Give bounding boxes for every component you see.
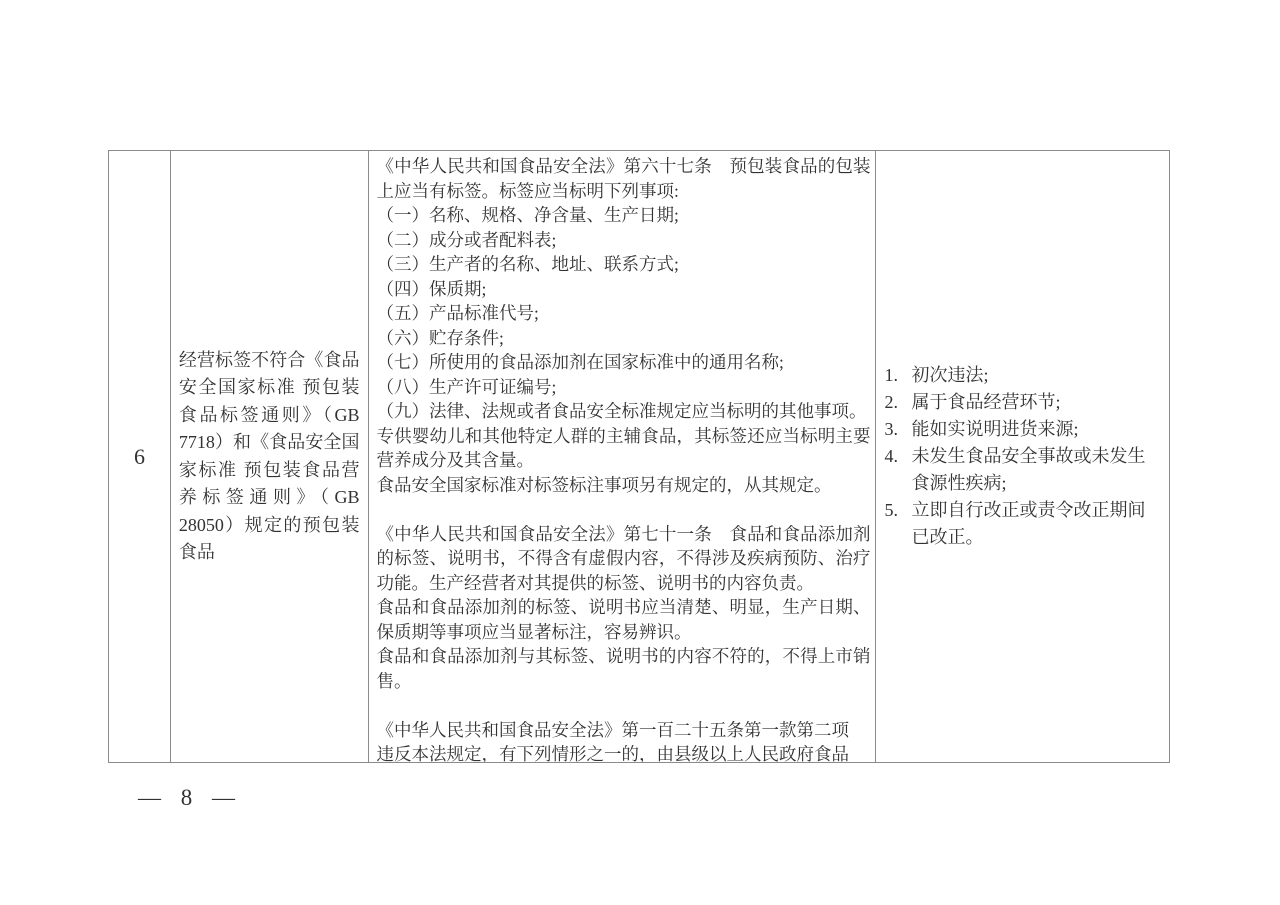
condition-text: 初次违法; xyxy=(912,362,1161,389)
legal-line: 食品和食品添加剂的标签、说明书应当清楚、明显，生产日期、保质期等事项应当显著标注… xyxy=(377,595,871,644)
legal-line: （二）成分或者配料表; xyxy=(377,228,871,253)
table-cell-legal-basis: 《中华人民共和国食品安全法》第六十七条 预包装食品的包装上应当有标签。标签应当标… xyxy=(369,151,876,762)
condition-item: 2.属于食品经营环节; xyxy=(885,389,1161,416)
violation-text: 经营标签不符合《食品安全国家标准 预包装食品标签通则》（GB 7718）和《食品… xyxy=(179,347,360,567)
condition-item: 3.能如实说明进货来源; xyxy=(885,416,1161,443)
legal-line: 食品安全国家标准对标签标注事项另有规定的，从其规定。 xyxy=(377,473,871,498)
legal-line: 《中华人民共和国食品安全法》第一百二十五条第一款第二项 xyxy=(377,718,871,743)
legal-line: （七）所使用的食品添加剂在国家标准中的通用名称; xyxy=(377,350,871,375)
condition-text: 能如实说明进货来源; xyxy=(912,416,1161,443)
legal-line: （三）生产者的名称、地址、联系方式; xyxy=(377,252,871,277)
legal-line: 违反本法规定，有下列情形之一的，由县级以上人民政府食品 xyxy=(377,742,871,762)
legal-line: （九）法律、法规或者食品安全标准规定应当标明的其他事项。 xyxy=(377,399,871,424)
condition-text: 立即自行改正或责令改正期间已改正。 xyxy=(912,497,1161,551)
condition-number: 4. xyxy=(885,443,912,497)
condition-number: 1. xyxy=(885,362,912,389)
condition-number: 3. xyxy=(885,416,912,443)
table-cell-violation: 经营标签不符合《食品安全国家标准 预包装食品标签通则》（GB 7718）和《食品… xyxy=(171,151,369,762)
legal-line: （四）保质期; xyxy=(377,277,871,302)
condition-item: 4.未发生食品安全事故或未发生食源性疾病; xyxy=(885,443,1161,497)
condition-number: 5. xyxy=(885,497,912,551)
table-cell-conditions: 1.初次违法;2.属于食品经营环节;3.能如实说明进货来源;4.未发生食品安全事… xyxy=(876,151,1169,762)
condition-number: 2. xyxy=(885,389,912,416)
legal-paragraph: 《中华人民共和国食品安全法》第七十一条 食品和食品添加剂的标签、说明书，不得含有… xyxy=(377,522,871,694)
legal-line: （五）产品标准代号; xyxy=(377,301,871,326)
condition-item: 5.立即自行改正或责令改正期间已改正。 xyxy=(885,497,1161,551)
page-number: — 8 — xyxy=(138,785,236,811)
legal-line: （六）贮存条件; xyxy=(377,326,871,351)
legal-line: 专供婴幼儿和其他特定人群的主辅食品，其标签还应当标明主要营养成分及其含量。 xyxy=(377,424,871,473)
legal-line: 《中华人民共和国食品安全法》第七十一条 食品和食品添加剂的标签、说明书，不得含有… xyxy=(377,522,871,596)
penalty-discretion-table: 6 经营标签不符合《食品安全国家标准 预包装食品标签通则》（GB 7718）和《… xyxy=(108,150,1170,763)
legal-line: 食品和食品添加剂与其标签、说明书的内容不符的，不得上市销售。 xyxy=(377,644,871,693)
legal-paragraph: 《中华人民共和国食品安全法》第一百二十五条第一款第二项违反本法规定，有下列情形之… xyxy=(377,718,871,763)
legal-line: （八）生产许可证编号; xyxy=(377,375,871,400)
legal-line: 《中华人民共和国食品安全法》第六十七条 预包装食品的包装上应当有标签。标签应当标… xyxy=(377,154,871,203)
row-number: 6 xyxy=(134,444,145,470)
legal-line: （一）名称、规格、净含量、生产日期; xyxy=(377,203,871,228)
legal-paragraph: 《中华人民共和国食品安全法》第六十七条 预包装食品的包装上应当有标签。标签应当标… xyxy=(377,154,871,497)
condition-item: 1.初次违法; xyxy=(885,362,1161,389)
table-cell-row-number: 6 xyxy=(109,151,171,762)
condition-text: 未发生食品安全事故或未发生食源性疾病; xyxy=(912,443,1161,497)
condition-text: 属于食品经营环节; xyxy=(912,389,1161,416)
